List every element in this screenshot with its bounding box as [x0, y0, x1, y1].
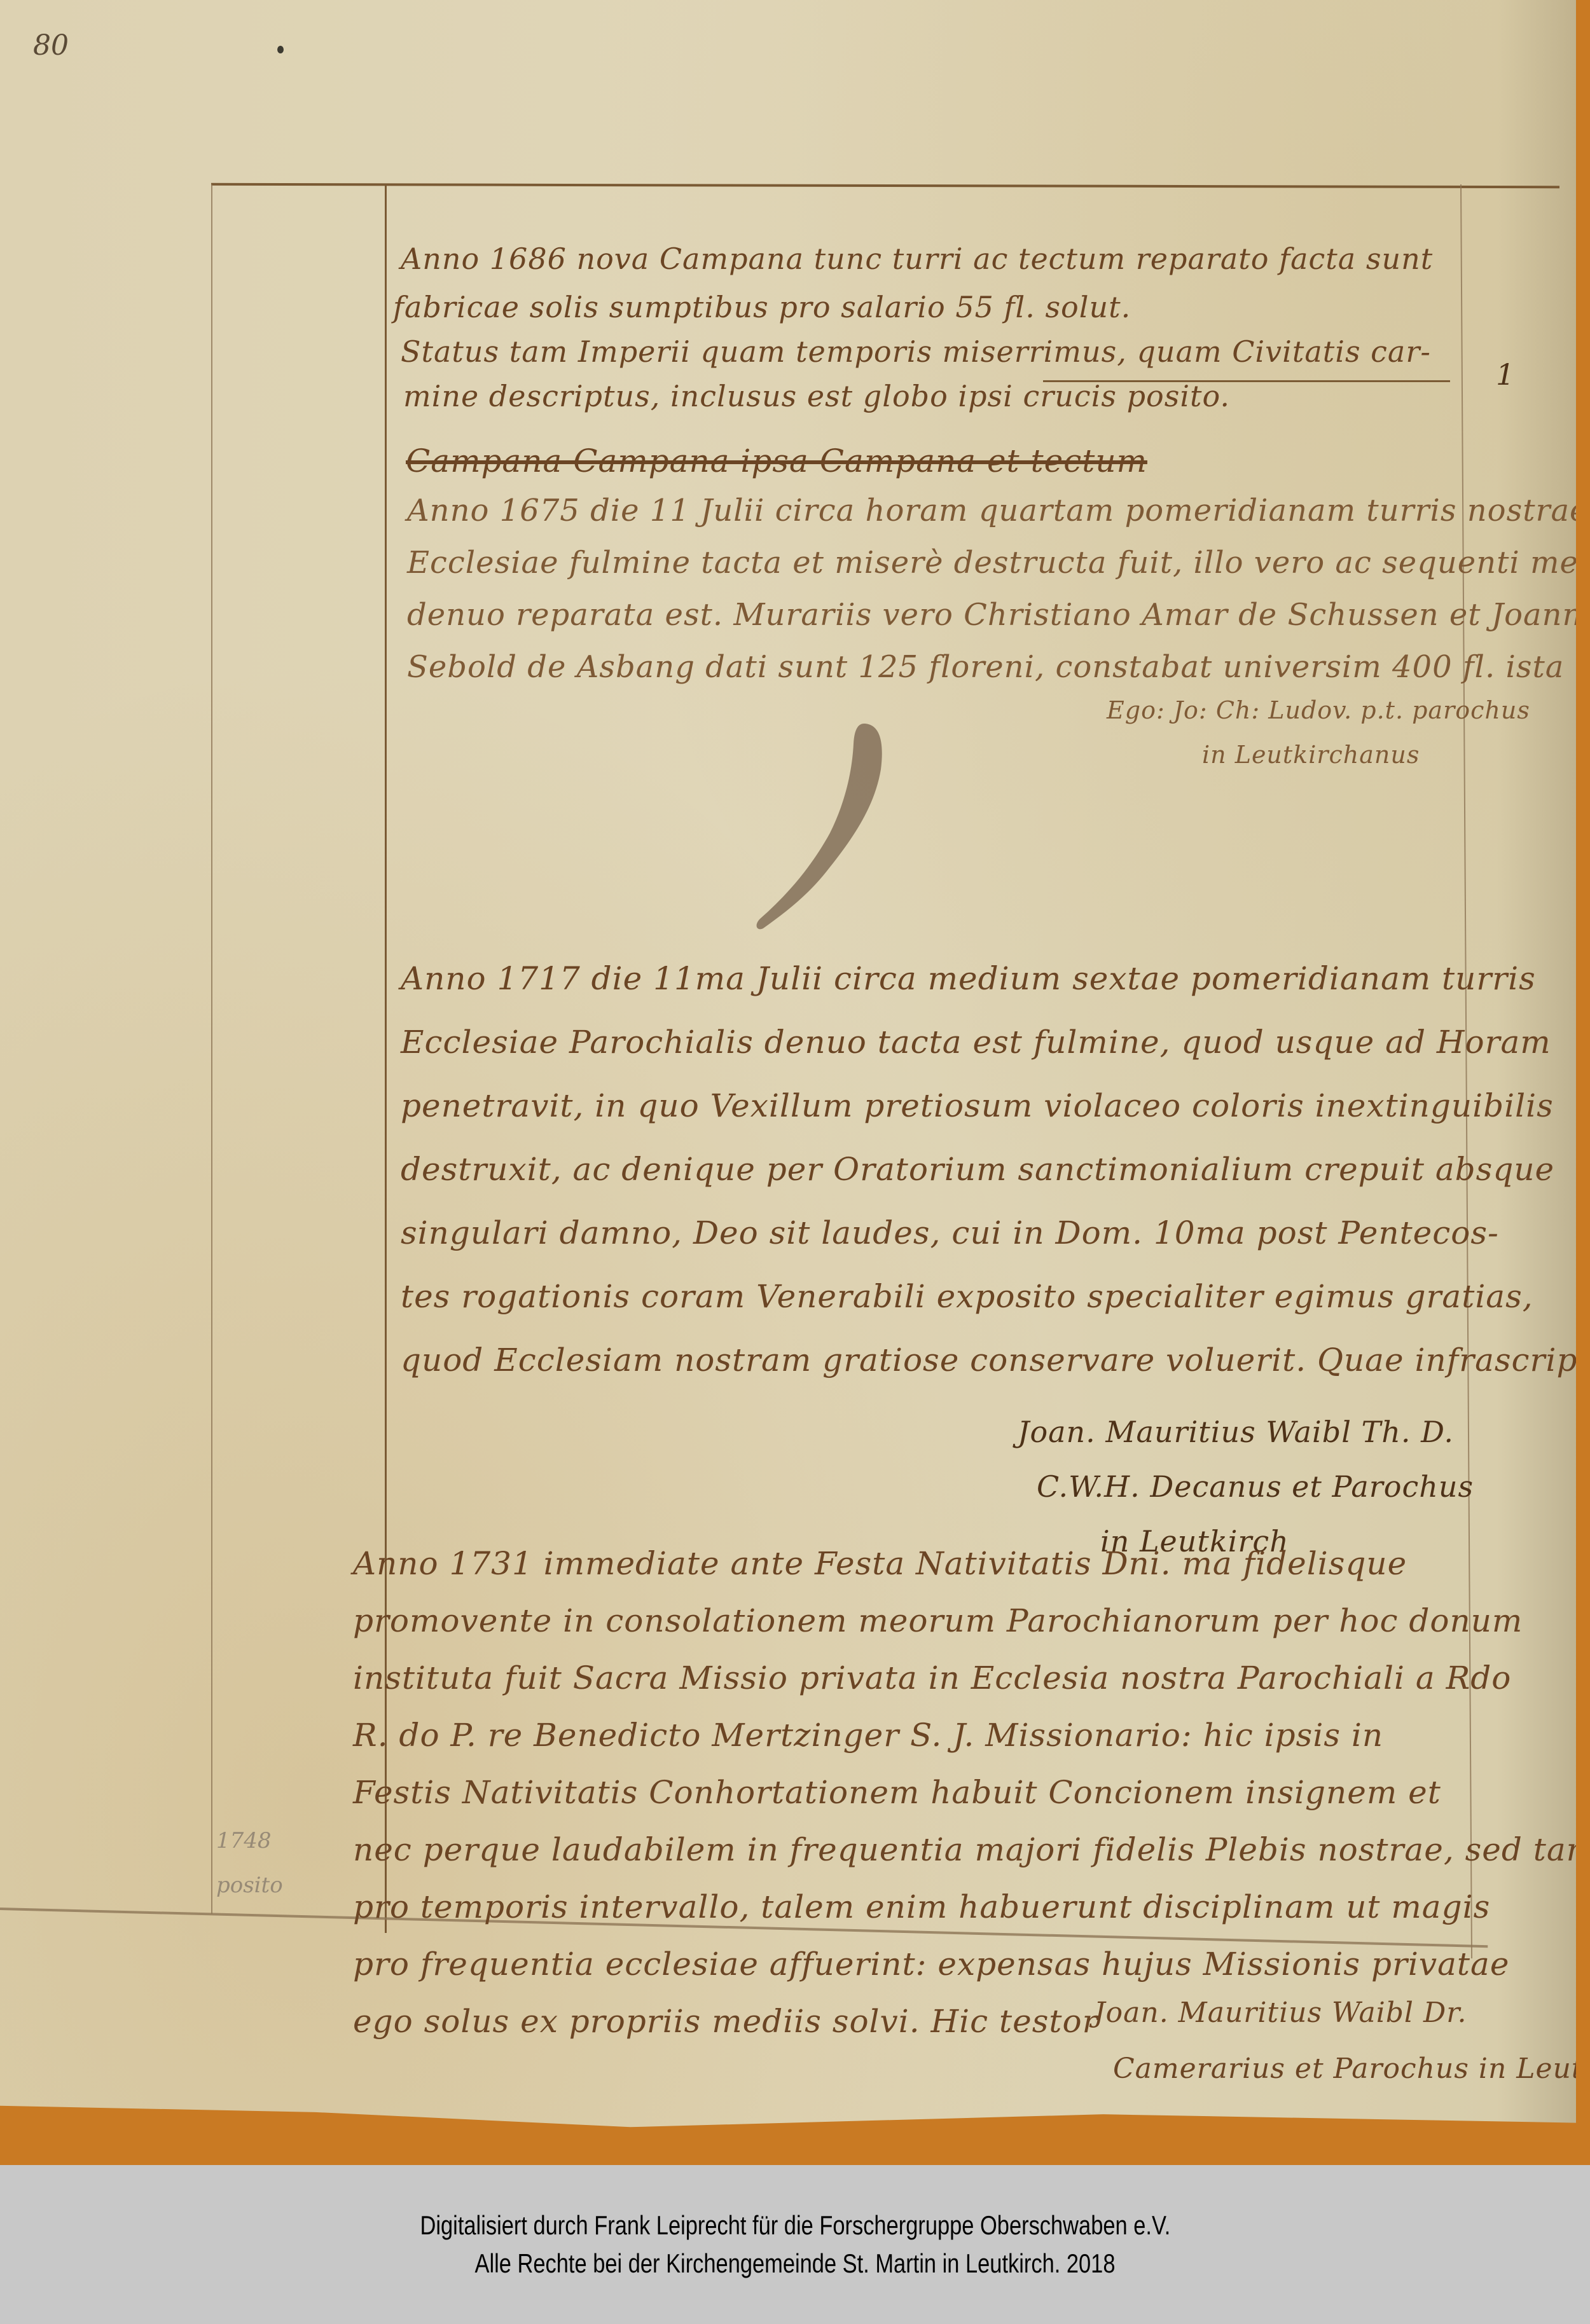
caption-line-2: Alle Rechte bei der Kirchengemeinde St. …	[475, 2245, 1116, 2283]
entry-line: destruxit, ac denique per Oratorium sanc…	[401, 1151, 1554, 1188]
signature-line: Joan. Mauritius Waibl Th. D.	[1018, 1415, 1454, 1449]
ink-blot	[750, 719, 890, 935]
entry-line: R. do P. re Benedicto Mertzinger S. J. M…	[353, 1717, 1383, 1754]
entry-line: promovente in consolationem meorum Paroc…	[353, 1602, 1523, 1639]
ink-dot	[277, 46, 284, 53]
tally-mark: 1	[1496, 357, 1515, 392]
signature-line: in Leutkirchanus	[1202, 741, 1420, 769]
entry-line: penetravit, in quo Vexillum pretiosum vi…	[401, 1087, 1554, 1124]
entry-line: ego solus ex propriis mediis solvi. Hic …	[353, 2003, 1098, 2040]
struck-line: Campana Campana ipsa Campana et tectum	[406, 443, 1147, 479]
margin-note-line: posito	[216, 1863, 283, 1908]
margin-note-line: 1748	[216, 1819, 283, 1863]
entry-line: Anno 1686 nova Campana tunc turri ac tec…	[401, 242, 1433, 276]
entry-line: Status tam Imperii quam temporis miserri…	[401, 334, 1431, 369]
top-rule	[211, 183, 1559, 188]
manuscript-page: 80 Anno 1686 nova Campana tunc turri ac …	[0, 0, 1576, 2131]
entry-line: Sebold de Asbang dati sunt 125 floreni, …	[407, 649, 1590, 685]
entry-line: singulari damno, Deo sit laudes, cui in …	[401, 1214, 1499, 1251]
entry-line: Anno 1675 die 11 Julii circa horam quart…	[407, 493, 1588, 528]
digitization-caption: Digitalisiert durch Frank Leiprecht für …	[0, 2165, 1590, 2324]
entry-line: mine descriptus, inclusus est globo ipsi…	[403, 379, 1230, 413]
entry-line: Anno 1731 immediate ante Festa Nativitat…	[353, 1545, 1407, 1582]
entry-line: fabricae solis sumptibus pro salario 55 …	[393, 290, 1131, 324]
entry-line: quod Ecclesiam nostram gratiose conserva…	[401, 1342, 1590, 1379]
signature-line: Joan. Mauritius Waibl Dr.	[1094, 1997, 1467, 2029]
entry-line: instituta fuit Sacra Missio privata in E…	[353, 1660, 1511, 1696]
struck-tail-rule	[1043, 380, 1450, 382]
signature-line: Camerarius et Parochus in Leutkirch	[1113, 2052, 1590, 2085]
entry-line: denuo reparata est. Murariis vero Christ…	[407, 597, 1590, 633]
left-margin-rule	[211, 184, 212, 1914]
entry-line: tes rogationis coram Venerabili exposito…	[401, 1278, 1533, 1315]
caption-line-1: Digitalisiert durch Frank Leiprecht für …	[420, 2206, 1170, 2245]
page-number: 80	[33, 29, 69, 62]
entry-line: pro frequentia ecclesiae affuerint: expe…	[353, 1946, 1509, 1983]
pencil-margin-note: 1748 posito	[216, 1819, 283, 1908]
entry-line: pro temporis intervallo, talem enim habu…	[353, 1888, 1490, 1925]
signature-line: Ego: Jo: Ch: Ludov. p.t. parochus	[1107, 696, 1530, 724]
entry-line: Ecclesiae fulmine tacta et miserè destru…	[407, 545, 1590, 581]
entry-line: Ecclesiae Parochialis denuo tacta est fu…	[401, 1024, 1551, 1061]
entry-line: Anno 1717 die 11ma Julii circa medium se…	[401, 960, 1536, 997]
signature-line: C.W.H. Decanus et Parochus	[1037, 1469, 1474, 1504]
entry-line: Festis Nativitatis Conhortationem habuit…	[353, 1774, 1441, 1811]
entry-line: nec perque laudabilem in frequentia majo…	[353, 1831, 1590, 1868]
